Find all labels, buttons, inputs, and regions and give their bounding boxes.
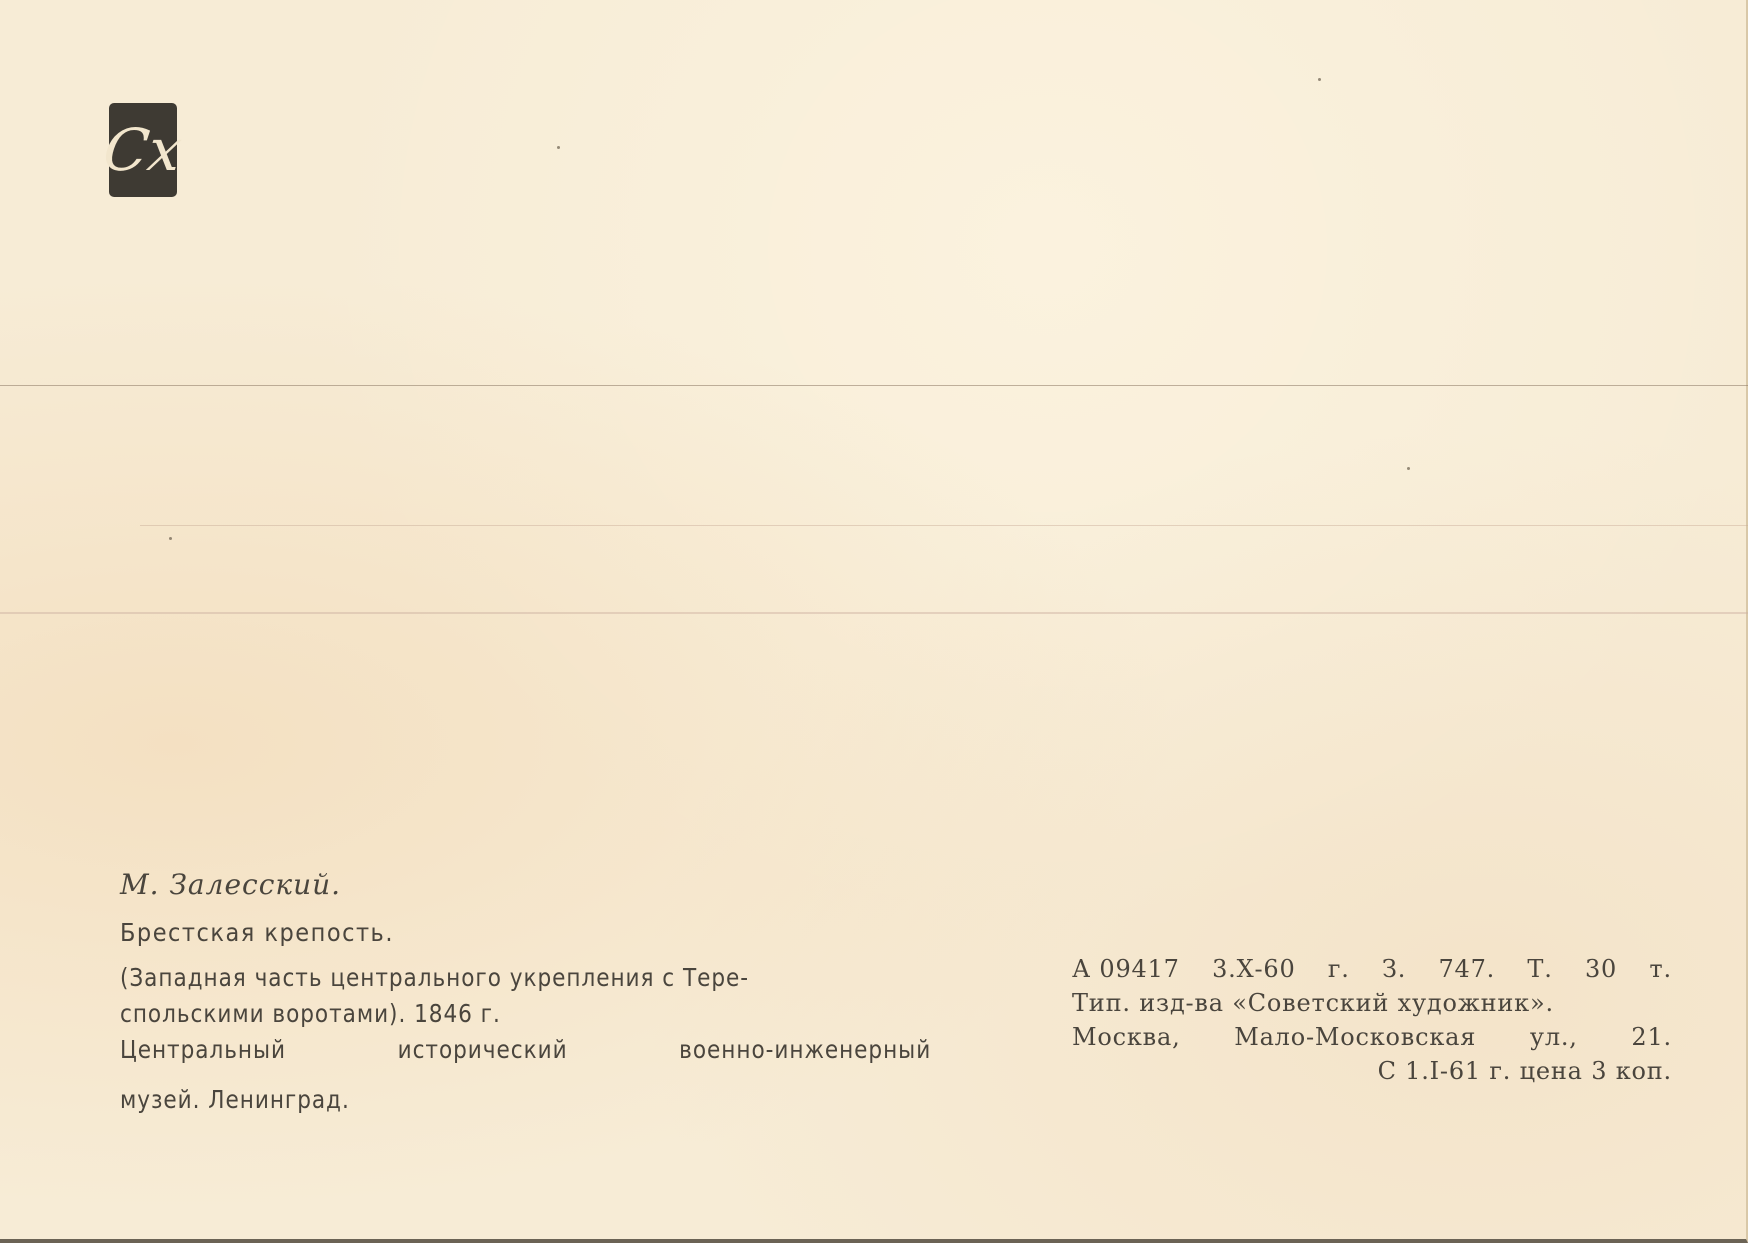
address-line-3 <box>0 612 1748 614</box>
imprint-line-3: Москва, Мало-Московская ул., 21. <box>1072 1020 1672 1054</box>
description-line: спольскими воротами). 1846 г. <box>120 996 965 1032</box>
imprint-line-2: Тип. изд-ва «Советский художник». <box>1072 986 1672 1020</box>
imprint-line-4: С 1.I-61 г. цена 3 коп. <box>1072 1054 1672 1088</box>
imprint-order-number: А 09417 <box>1072 952 1180 986</box>
artist-name: М. Залесский. <box>120 868 965 902</box>
imprint-price: С 1.I-61 г. цена 3 коп. <box>1378 1054 1672 1088</box>
paper-speck <box>169 537 172 540</box>
address-line-1 <box>0 385 1748 386</box>
artwork-caption: М. Залесский. Брестская крепость. (Запад… <box>120 868 965 1118</box>
imprint-text: 747. <box>1438 952 1495 986</box>
imprint-house-number: 21. <box>1631 1020 1672 1054</box>
imprint-text: ул., <box>1530 1020 1578 1054</box>
publisher-logo: Сх <box>109 103 177 197</box>
imprint-street: Мало-Московская <box>1234 1020 1476 1054</box>
imprint-text: З. <box>1382 952 1406 986</box>
museum-word: исторический <box>398 1032 568 1068</box>
paper-speck <box>1318 78 1321 81</box>
address-line-2 <box>140 525 1748 526</box>
museum-line-2: музей. Ленинград. <box>120 1082 965 1118</box>
imprint-date: 3.Х-60 <box>1212 952 1295 986</box>
description-line: (Западная часть центрального укрепления … <box>120 960 965 996</box>
museum-line-1: Центральный исторический военно-инженерн… <box>120 1032 931 1068</box>
museum-word: Центральный <box>120 1032 286 1068</box>
sovetsky-khudozhnik-logo-icon: Сх <box>100 121 185 179</box>
imprint-line-1: А 09417 3.Х-60 г. З. 747. Т. 30 т. <box>1072 952 1672 986</box>
artwork-description: (Западная часть центрального укрепления … <box>120 960 965 1118</box>
artwork-title: Брестская крепость. <box>120 916 965 950</box>
imprint-text: Т. <box>1527 952 1552 986</box>
postcard-back: Сх М. Залесский. Брестская крепость. (За… <box>0 0 1748 1243</box>
imprint-printer: Тип. изд-ва «Советский художник». <box>1072 986 1554 1020</box>
paper-speck <box>557 146 560 149</box>
publisher-imprint: А 09417 3.Х-60 г. З. 747. Т. 30 т. Тип. … <box>1072 952 1672 1088</box>
imprint-print-run: 30 <box>1585 952 1617 986</box>
paper-speck <box>1407 467 1410 470</box>
imprint-text: г. <box>1328 952 1350 986</box>
museum-word: военно-инженерный <box>679 1032 931 1068</box>
imprint-text: т. <box>1649 952 1672 986</box>
imprint-city: Москва, <box>1072 1020 1181 1054</box>
